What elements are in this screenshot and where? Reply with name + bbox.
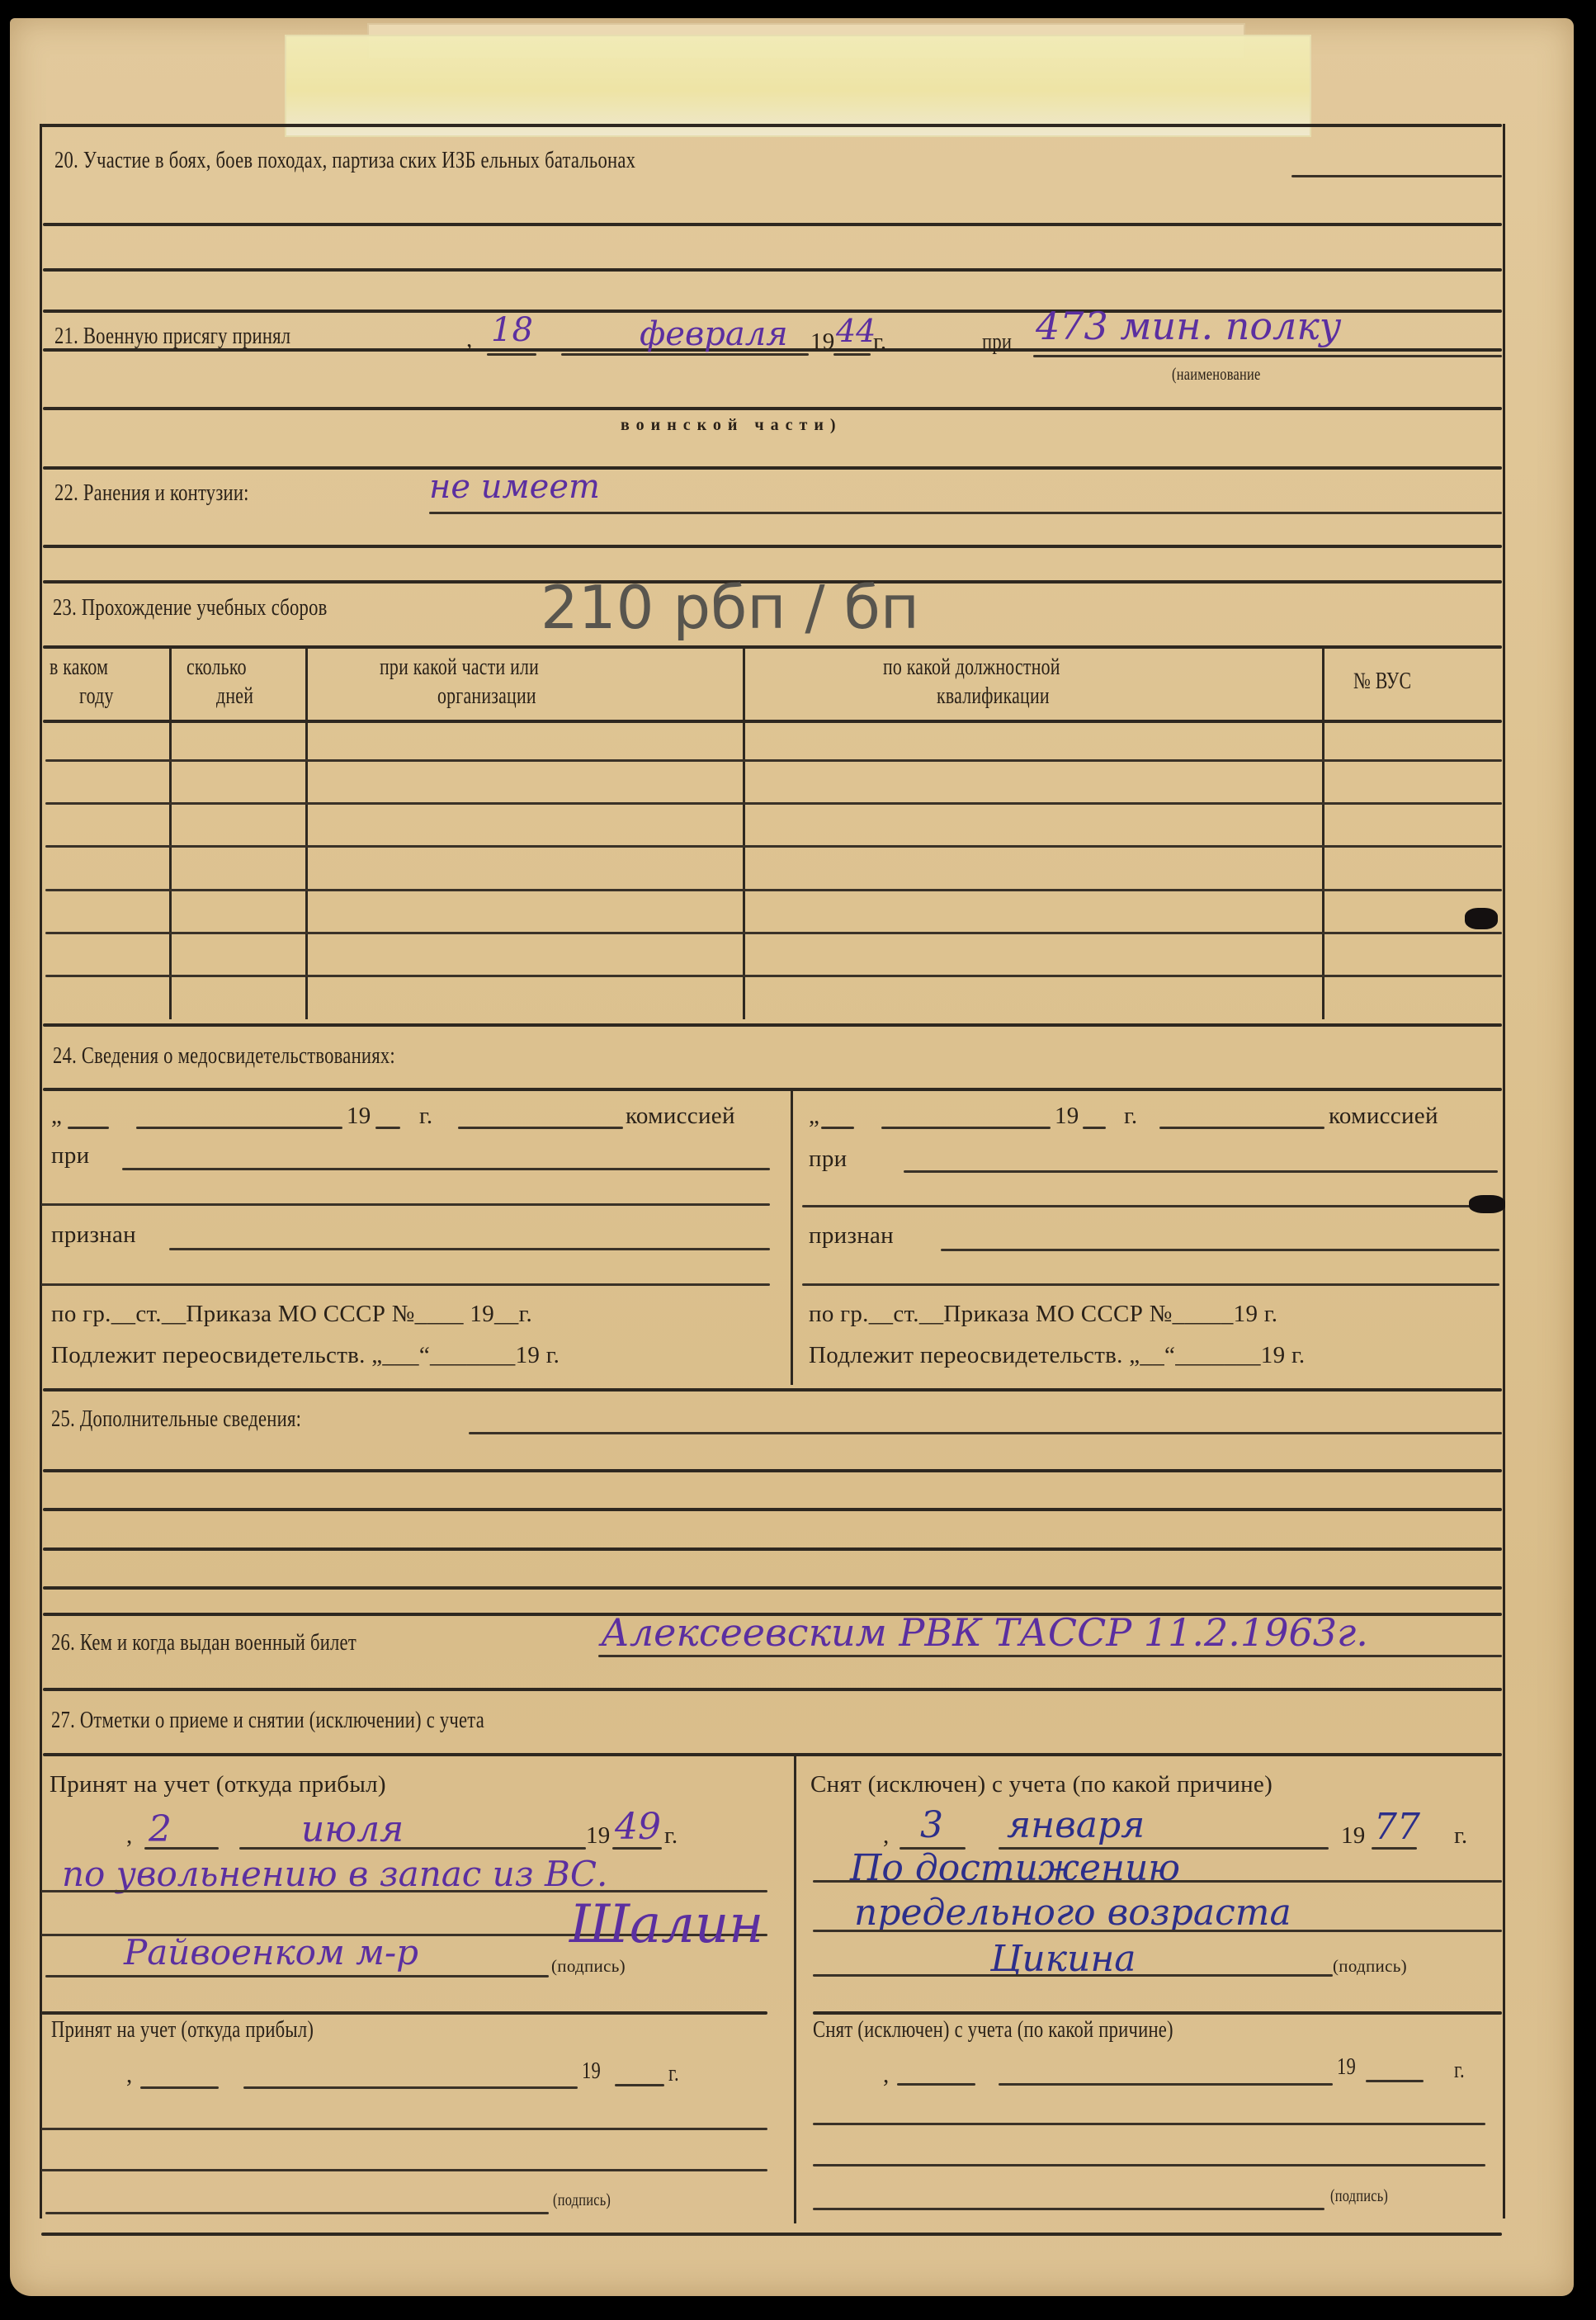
col-divider <box>743 648 745 1019</box>
field-line <box>833 353 871 356</box>
col-year-header: в каком <box>50 656 108 679</box>
removed-month: января <box>1007 1807 1145 1844</box>
divider <box>43 1388 1502 1392</box>
accepted-title: Принят на учет (откуда прибыл) <box>50 1773 386 1797</box>
year-unit: г. <box>1454 2058 1465 2082</box>
quote-mark: , <box>126 2063 133 2087</box>
at-label: при <box>809 1147 847 1171</box>
adhesive-label <box>285 35 1311 137</box>
removed-signature: Цикина <box>990 1941 1136 1977</box>
field-line <box>598 1655 1502 1657</box>
accepted-day: 2 <box>149 1812 172 1848</box>
field-line <box>429 512 1502 514</box>
section-20-label: 20. Участие в боях, боев походах, партиз… <box>54 149 635 172</box>
wounds-value: не имеет <box>429 470 600 503</box>
order-line: по гр.__ст.__Приказа МО СССР №_____19 г. <box>809 1302 1277 1326</box>
field-line <box>43 407 1502 410</box>
quote-mark: , <box>126 1824 133 1848</box>
year-prefix: 19 <box>582 2059 601 2083</box>
table-header-rule <box>43 720 1502 723</box>
col-divider <box>305 648 308 1019</box>
oath-unit: 473 мин. полку <box>1036 307 1342 345</box>
removed-title: Снят (исключен) с учета (по какой причин… <box>813 2018 1173 2042</box>
accepted-month: июля <box>301 1812 404 1848</box>
accepted-signer: Райвоенком м-р <box>124 1935 418 1970</box>
accepted-signature: Шалин <box>569 1898 763 1951</box>
col-unit-header-2: организации <box>437 685 536 708</box>
recognized-label: признан <box>51 1223 136 1247</box>
field-line <box>561 353 809 356</box>
col-vus-header: № ВУС <box>1353 670 1411 693</box>
signature-caption: (подпись) <box>551 1958 626 1975</box>
divider <box>41 124 1502 127</box>
commission-label: комиссией <box>1329 1104 1438 1128</box>
quote-mark: , <box>883 2063 890 2087</box>
removed-reason-line-2: предельного возраста <box>854 1895 1291 1931</box>
recheck-line: Подлежит переосвидетельств. „__“_______1… <box>809 1344 1305 1368</box>
signature-caption: (подпись) <box>1330 2187 1388 2204</box>
commission-label: комиссией <box>626 1104 735 1128</box>
section-25-label: 25. Дополнительные сведения: <box>51 1407 301 1431</box>
recognized-label: признан <box>809 1224 894 1248</box>
divider <box>43 645 1502 649</box>
divider <box>43 1688 1502 1691</box>
col-year-header-2: году <box>79 685 114 708</box>
signature-caption: (подпись) <box>553 2191 611 2209</box>
year-unit: г. <box>668 2062 679 2086</box>
removed-year-prefix: 19 <box>1341 1824 1366 1848</box>
accepted-year-unit: г. <box>664 1824 678 1848</box>
oath-month: февраля <box>640 318 788 351</box>
field-line <box>1291 175 1502 177</box>
quote-mark: „ <box>809 1104 819 1128</box>
col-divider <box>1322 648 1324 1019</box>
order-line: по гр.__ст.__Приказа МО СССР №____ 19__г… <box>51 1302 532 1326</box>
at-label: при <box>51 1144 89 1168</box>
accepted-title: Принят на учет (откуда прибыл) <box>51 2018 314 2042</box>
accepted-year: 49 <box>615 1809 661 1845</box>
col-qualification-header-2: квалификации <box>937 685 1050 708</box>
caption-military-unit: воинской части) <box>621 417 843 433</box>
field-line <box>43 1547 1502 1551</box>
field-line <box>43 268 1502 272</box>
col-unit-header: при какой части или <box>380 656 539 679</box>
oath-at-label: при <box>982 330 1012 354</box>
field-line <box>43 1508 1502 1511</box>
removed-title: Снят (исключен) с учета (по какой причин… <box>810 1773 1273 1797</box>
bottom-border <box>41 2233 1502 2236</box>
col-divider <box>169 648 172 1019</box>
section-22-label: 22. Ранения и контузии: <box>54 481 249 505</box>
med-year-prefix: 19 <box>347 1104 371 1128</box>
recheck-line: Подлежит переосвидетельств. „___“_______… <box>51 1344 560 1368</box>
section-23-label: 23. Прохождение учебных сборов <box>53 596 328 620</box>
divider <box>43 1753 1502 1756</box>
quote-mark: , <box>466 328 473 352</box>
col-divider <box>794 1753 796 2223</box>
training-value: 210 рбп / бп <box>541 578 919 637</box>
col-days-header-2: дней <box>216 685 253 708</box>
section-24-label: 24. Сведения о медосвидетельствованиях: <box>53 1044 395 1068</box>
divider <box>43 1023 1502 1027</box>
quote-mark: „ <box>51 1104 62 1128</box>
col-days-header: сколько <box>187 656 247 679</box>
signature-caption: (подпись) <box>1333 1958 1407 1975</box>
oath-year-unit: г. <box>873 330 886 354</box>
divider <box>43 466 1502 470</box>
med-year-unit: г. <box>1124 1104 1137 1128</box>
oath-day: 18 <box>491 314 533 347</box>
field-line <box>469 1432 1502 1434</box>
field-line <box>43 545 1502 548</box>
section-21-label: 21. Военную присягу принял <box>54 324 290 348</box>
field-line <box>487 353 536 356</box>
field-line <box>43 1469 1502 1472</box>
field-line <box>43 1586 1502 1590</box>
oath-year-prefix: 19 <box>810 330 835 354</box>
med-year-prefix: 19 <box>1055 1104 1079 1128</box>
caption-unit-name: (наименование <box>1172 366 1260 383</box>
removed-year: 77 <box>1374 1809 1420 1845</box>
punch-hole <box>1469 1195 1505 1213</box>
year-prefix: 19 <box>1337 2055 1356 2079</box>
section-26-label: 26. Кем и когда выдан военный билет <box>51 1631 357 1655</box>
field-line <box>1033 355 1502 357</box>
quote-mark: , <box>883 1824 890 1848</box>
accepted-year-prefix: 19 <box>586 1824 611 1848</box>
punch-hole <box>1465 908 1498 929</box>
col-divider <box>791 1088 793 1385</box>
med-year-unit: г. <box>419 1104 432 1128</box>
oath-year: 44 <box>836 315 876 347</box>
section-27-label: 27. Отметки о приеме и снятии (исключени… <box>51 1708 484 1732</box>
accepted-reason: по увольнению в запас из ВС. <box>62 1857 607 1892</box>
removed-day: 3 <box>920 1807 943 1844</box>
field-line <box>43 223 1502 226</box>
military-id-issuer: Алексеевским РВК ТАССР 11.2.1963г. <box>601 1614 1368 1651</box>
removed-year-unit: г. <box>1454 1824 1467 1848</box>
divider <box>43 1088 1502 1091</box>
col-qualification-header: по какой должностной <box>883 656 1060 679</box>
